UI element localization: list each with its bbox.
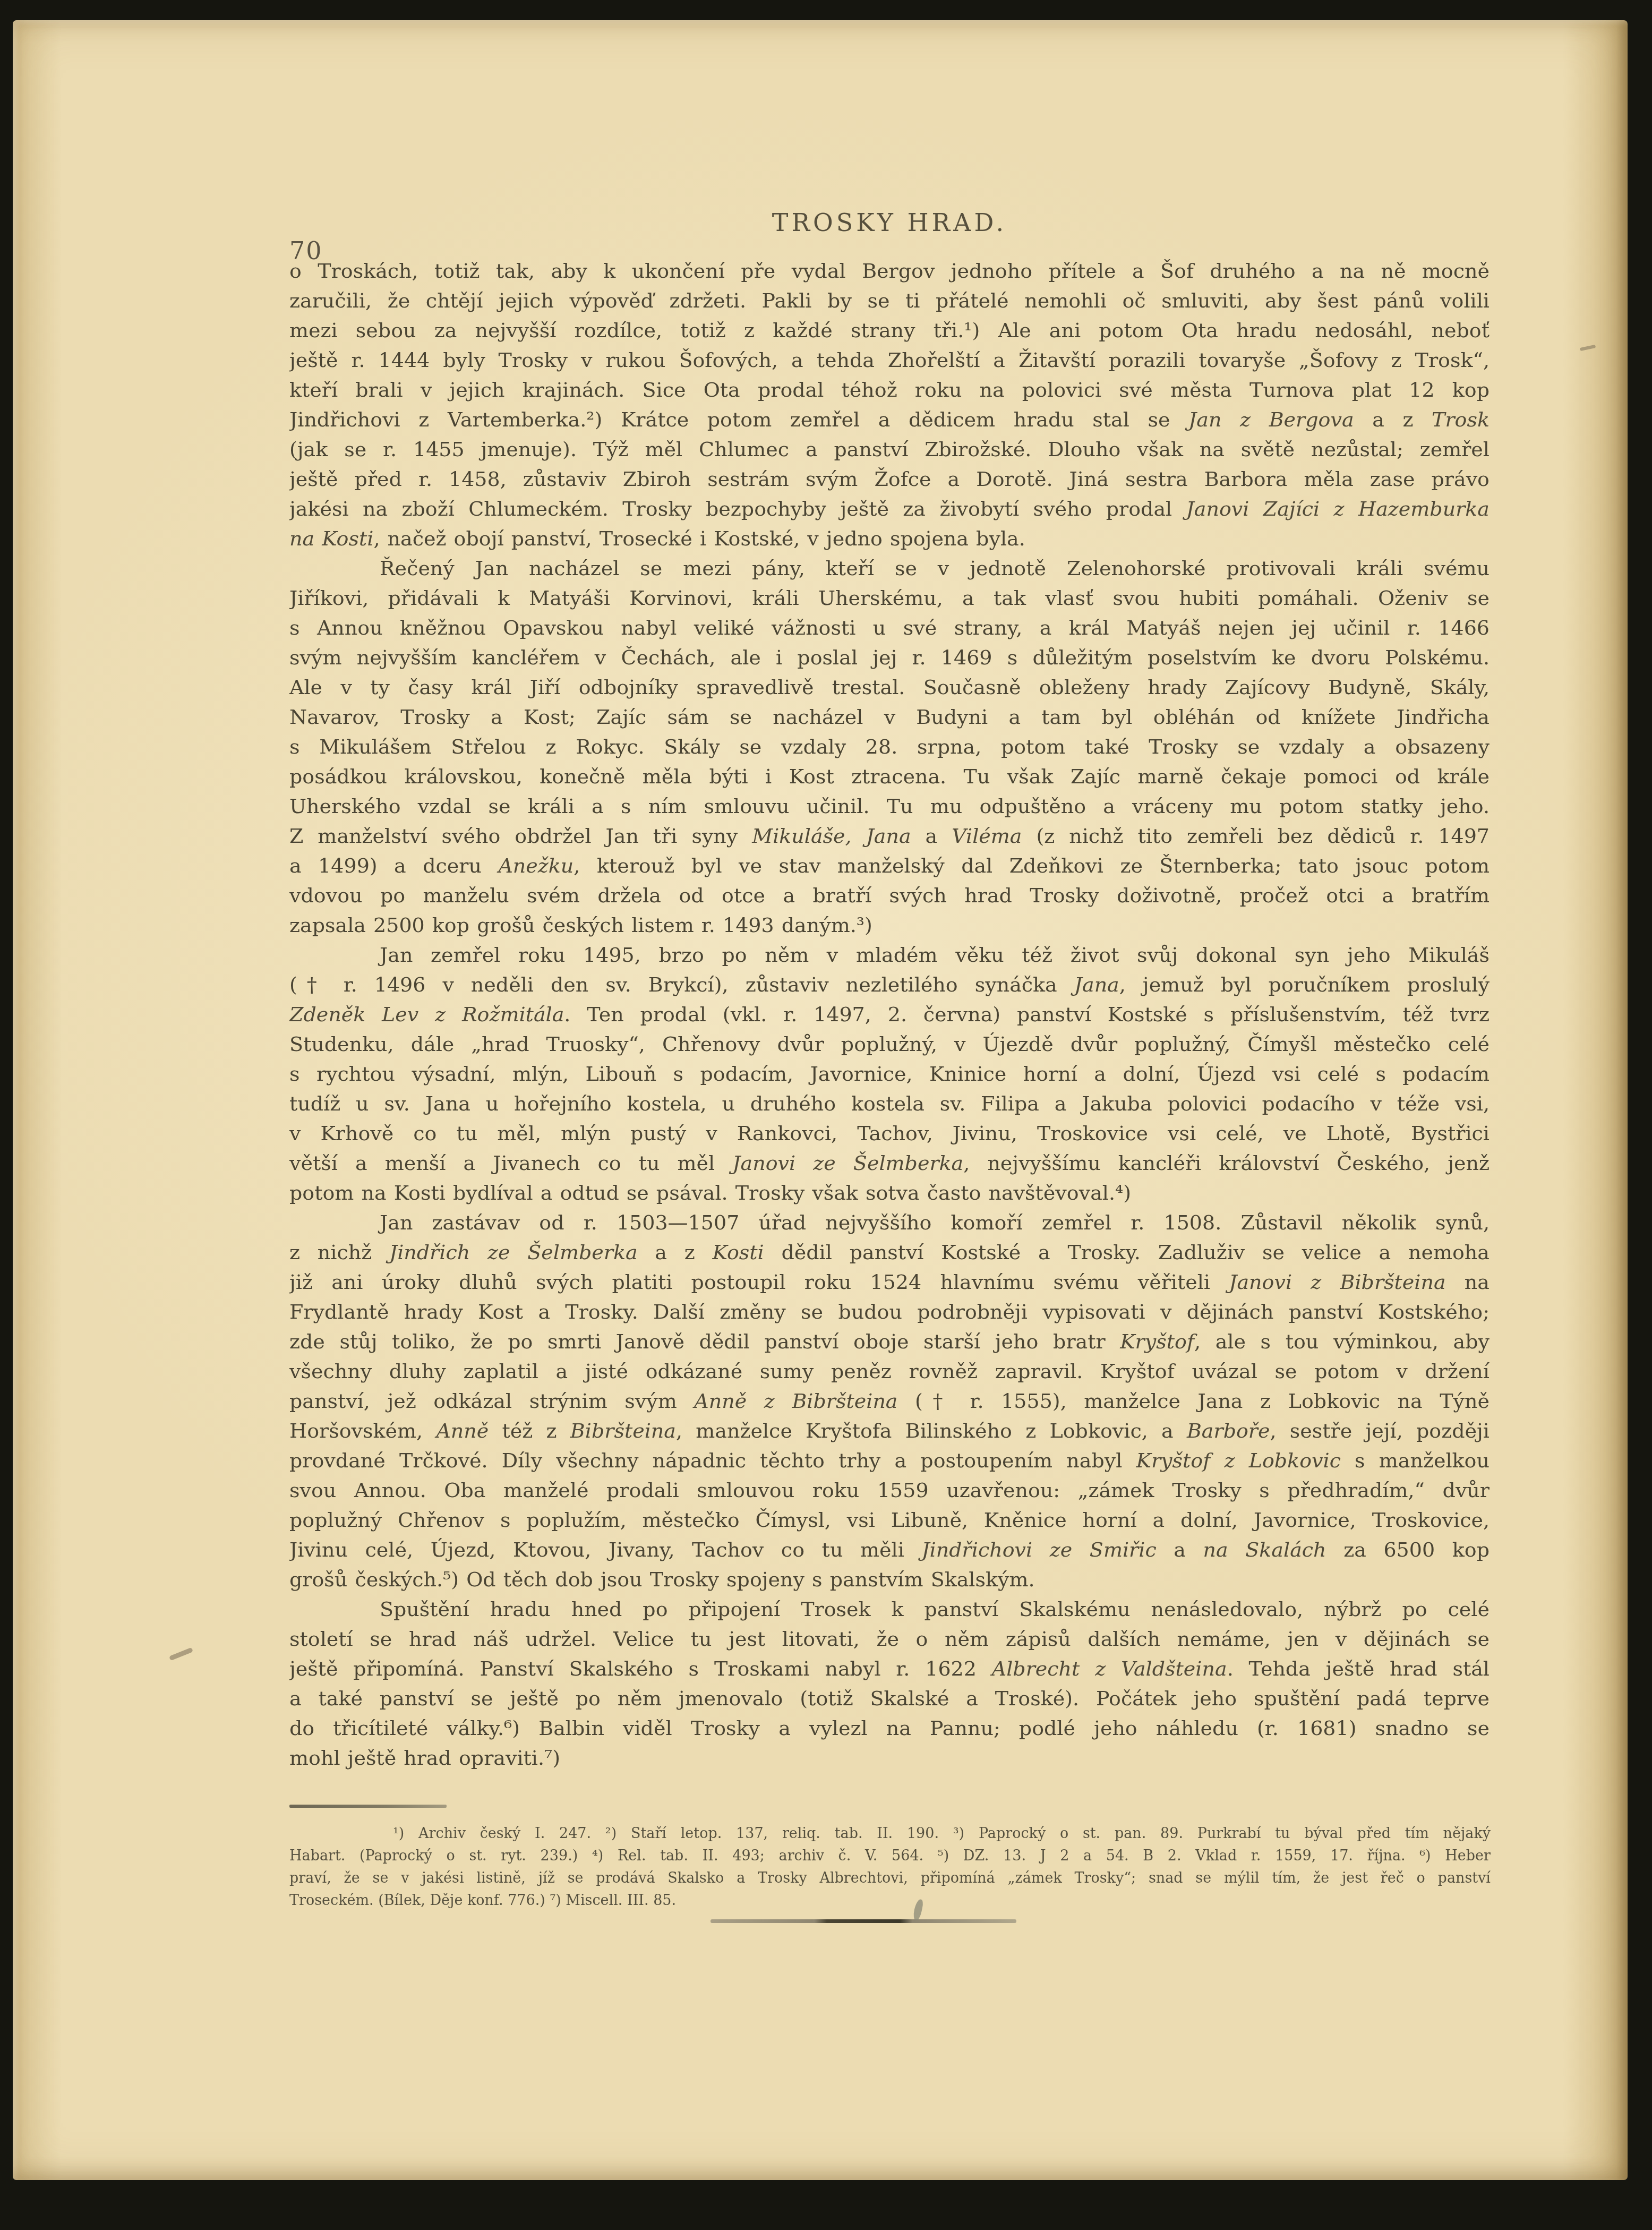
text-run: v Krhově co tu měl, mlýn pustý v Rankovc… [289,1122,1490,1145]
text-line: kteří brali v jejich krajinách. Sice Ota… [289,375,1490,405]
italic-text-run: Zdeněk Lev z Rožmitála [289,1003,564,1026]
text-run: mohl ještě hrad opraviti.⁷) [289,1746,560,1770]
text-run: též z [489,1419,570,1442]
italic-text-run: Anně z Bibršteina [694,1389,897,1413]
text-run: Jan zemřel roku 1495, brzo po něm v mlad… [380,943,1490,967]
text-run: na [1446,1270,1490,1294]
text-run: století se hrad náš udržel. Velice tu je… [289,1627,1490,1651]
text-line: zapsala 2500 kop grošů českých listem r.… [289,910,1490,940]
text-run: Ale v ty časy král Jiří odbojníky sprave… [289,676,1490,699]
text-line: mohl ještě hrad opraviti.⁷) [289,1743,1490,1773]
text-run: vdovou po manželu svém držela od otce a … [289,884,1490,907]
italic-text-run: Kryštof [1120,1330,1194,1353]
text-run: Jan zastávav od r. 1503—1507 úřad nejvyš… [380,1211,1490,1234]
text-run: (z nichž tito zemřeli bez dědiců r. 1497 [1022,824,1490,848]
text-line: vdovou po manželu svém držela od otce a … [289,881,1490,910]
text-line: Z manželství svého obdržel Jan tři syny … [289,821,1490,851]
text-run: posádkou královskou, konečně měla býti i… [289,765,1490,788]
text-line: provdané Trčkové. Díly všechny nápadnic … [289,1446,1490,1475]
text-line: Ale v ty časy král Jiří odbojníky sprave… [289,672,1490,702]
text-run: poplužný Chřenov s poplužím, městečko Čí… [289,1508,1490,1532]
text-line: s Annou kněžnou Opavskou nabyl veliké vá… [289,613,1490,643]
footnote-line: Troseckém. (Bílek, Děje konf. 776.) ⁷) M… [289,1890,1491,1912]
text-run: svým nejvyšším kancléřem v Čechách, ale … [289,646,1490,669]
text-run: († r. 1555), manželce Jana z Lobkovic na… [898,1389,1490,1413]
text-line: s rychtou výsadní, mlýn, Libouň s podací… [289,1059,1490,1089]
italic-text-run: Jindřich ze Šelmberka [389,1241,638,1264]
text-run: grošů českých.⁵) Od těch dob jsou Trosky… [289,1568,1035,1591]
text-line: všechny dluhy zaplatil a jisté odkázané … [289,1356,1490,1386]
text-run: Spuštění hradu hned po připojení Trosek … [380,1597,1490,1621]
text-run: , nejvyššímu kancléři království Českého… [963,1151,1490,1175]
text-line: zde stůj toliko, že po smrti Janově dědi… [289,1327,1490,1356]
text-run: , jemuž byl poručníkem proslulý [1119,973,1490,996]
italic-text-run: Jana [1074,973,1119,996]
text-run: Studenku, dále „hrad Truosky“, Chřenovy … [289,1032,1490,1056]
footnote-line: ¹) Archiv český I. 247. ²) Staří letop. … [289,1823,1491,1845]
italic-text-run: Viléma [952,824,1022,848]
text-line: ještě před r. 1458, zůstaviv Zbiroh sest… [289,464,1490,494]
text-run: z nichž [289,1241,389,1264]
text-line: mezi sebou za nejvyšší rozdílce, totiž z… [289,315,1490,345]
text-run: s rychtou výsadní, mlýn, Libouň s podací… [289,1062,1490,1086]
text-run: , ale s tou výminkou, aby [1194,1330,1490,1353]
text-run: zaručili, že chtějí jejich výpověď zdrže… [289,289,1490,312]
text-line: Jan zemřel roku 1495, brzo po něm v mlad… [289,940,1490,970]
italic-text-run: Janovi ze Šelmberka [732,1151,963,1175]
text-run: ještě připomíná. Panství Skalského s Tro… [289,1657,992,1680]
text-line: Jiříkovi, přidávali k Matyáši Korvinovi,… [289,583,1490,613]
text-run: již ani úroky dluhů svých platiti postou… [289,1270,1229,1294]
text-line: s Mikulášem Střelou z Rokyc. Skály se vz… [289,732,1490,762]
text-run: a 1499) a dceru [289,854,498,877]
text-line: (jak se r. 1455 jmenuje). Týž měl Chlume… [289,434,1490,464]
text-run: Troseckém. (Bílek, Děje konf. 776.) ⁷) M… [289,1892,676,1909]
text-run: provdané Trčkové. Díly všechny nápadnic … [289,1449,1136,1472]
text-line: ještě r. 1444 byly Trosky v rukou Šofový… [289,345,1490,375]
text-run: větší a menší a Jivanech co tu měl [289,1151,732,1175]
text-line: Jivinu celé, Újezd, Ktovou, Jivany, Tach… [289,1535,1490,1565]
text-run: ¹) Archiv český I. 247. ²) Staří letop. … [393,1825,1491,1842]
footnote-line: Habart. (Paprocký o st. ryt. 239.) ⁴) Re… [289,1845,1491,1867]
italic-text-run: Janovi z Bibršteina [1229,1270,1445,1294]
italic-text-run: Jan z Bergova [1188,408,1354,431]
text-line: Řečený Jan nacházel se mezi pány, kteří … [289,553,1490,583]
text-run: s Mikulášem Střelou z Rokyc. Skály se vz… [289,735,1490,758]
footnote-block: ¹) Archiv český I. 247. ²) Staří letop. … [289,1823,1491,1912]
text-run: mezi sebou za nejvyšší rozdílce, totiž z… [289,319,1490,342]
page-title: TROSKY HRAD. [289,208,1490,237]
text-run: panství, jež odkázal strýnim svým [289,1389,694,1413]
text-run: Z manželství svého obdržel Jan tři syny [289,824,752,848]
text-line: do třicítileté války.⁶) Balbin viděl Tro… [289,1713,1490,1743]
text-run: (jak se r. 1455 jmenuje). Týž měl Chlume… [289,438,1490,461]
text-line: Frydlantě hrady Kost a Trosky. Další změ… [289,1297,1490,1327]
italic-text-run: Anně [436,1419,489,1442]
text-line: století se hrad náš udržel. Velice tu je… [289,1624,1490,1654]
italic-text-run: Kosti [713,1241,764,1264]
text-run: do třicítileté války.⁶) Balbin viděl Tro… [289,1716,1490,1740]
text-run: a [911,824,952,848]
body-text: o Troskách, totiž tak, aby k ukončení př… [289,256,1490,1773]
text-line: ještě připomíná. Panství Skalského s Tro… [289,1654,1490,1684]
text-line: Zdeněk Lev z Rožmitála. Ten prodal (vkl.… [289,999,1490,1029]
text-line: Uherského vzdal se králi a s ním smlouvu… [289,791,1490,821]
text-run: tudíž u sv. Jana u hořejního kostela, u … [289,1092,1490,1115]
text-line: posádkou královskou, konečně měla býti i… [289,762,1490,791]
text-line: již ani úroky dluhů svých platiti postou… [289,1267,1490,1297]
italic-text-run: na Kosti [289,527,373,550]
text-run: Jivinu celé, Újezd, Ktovou, Jivany, Tach… [289,1538,921,1561]
text-run: . Ten prodal (vkl. r. 1497, 2. června) p… [564,1003,1490,1026]
text-run: Uherského vzdal se králi a s ním smlouvu… [289,794,1490,818]
text-run: kteří brali v jejich krajinách. Sice Ota… [289,378,1490,401]
footnote-line: praví, že se v jakési listině, jíž se pr… [289,1867,1491,1890]
text-line: Spuštění hradu hned po připojení Trosek … [289,1594,1490,1624]
footnote-separator [289,1805,447,1808]
italic-text-run: Bibršteina [570,1419,676,1442]
text-run: a [1157,1538,1203,1561]
text-line: a 1499) a dceru Anežku, kterouž byl ve s… [289,851,1490,881]
text-line: z nichž Jindřich ze Šelmberka a z Kosti … [289,1237,1490,1267]
text-run: o Troskách, totiž tak, aby k ukončení př… [289,259,1490,283]
text-run: Jindřichovi z Vartemberka.²) Krátce poto… [289,408,1188,431]
text-run: a z [638,1241,713,1264]
text-run: potom na Kosti bydlíval a odtud se psáva… [289,1181,1131,1204]
text-run: ještě r. 1444 byly Trosky v rukou Šofový… [289,348,1490,372]
text-run: jakési na zboží Chlumeckém. Trosky bezpo… [289,497,1186,520]
text-line: jakési na zboží Chlumeckém. Trosky bezpo… [289,494,1490,524]
text-line: Navarov, Trosky a Kost; Zajíc sám se nac… [289,702,1490,732]
text-run: Frydlantě hrady Kost a Trosky. Další změ… [289,1300,1490,1323]
text-run: svou Annou. Oba manželé prodali smlouvou… [289,1479,1490,1502]
text-run: s Annou kněžnou Opavskou nabyl veliké vá… [289,616,1490,639]
scanned-book-page: { "page": { "number": "70", "title": "TR… [0,0,1652,2230]
text-run: dědil panství Kostské a Trosky. Zadluživ… [764,1241,1490,1264]
text-line: potom na Kosti bydlíval a odtud se psáva… [289,1178,1490,1208]
text-run: za 6500 kop [1326,1538,1490,1561]
italic-text-run: Mikuláše, Jana [752,824,911,848]
text-run: († r. 1496 v neděli den sv. Brykcí), zůs… [289,973,1074,996]
text-run: , sestře její, později [1270,1419,1490,1442]
italic-text-run: Kryštof z Lobkovic [1136,1449,1341,1472]
text-line: Horšovském, Anně též z Bibršteina, manže… [289,1416,1490,1446]
text-run: . Tehda ještě hrad stál [1227,1657,1490,1680]
italic-text-run: Barboře [1187,1419,1270,1442]
text-run: Horšovském, [289,1419,436,1442]
text-line: v Krhově co tu měl, mlýn pustý v Rankovc… [289,1118,1490,1148]
bottom-ornament-rule [711,1919,1016,1923]
text-line: panství, jež odkázal strýnim svým Anně z… [289,1386,1490,1416]
text-line: Studenku, dále „hrad Truosky“, Chřenovy … [289,1029,1490,1059]
text-line: poplužný Chřenov s poplužím, městečko Čí… [289,1505,1490,1535]
text-run: , kterouž byl ve stav manželský dal Zdeň… [574,854,1490,877]
text-run: , načež obojí panství, Trosecké i Kostsk… [373,527,1025,550]
text-run: Navarov, Trosky a Kost; Zajíc sám se nac… [289,705,1490,729]
italic-text-run: Jindřichovi ze Smiřic [921,1538,1156,1561]
text-run: s manželkou [1341,1449,1490,1472]
text-line: o Troskách, totiž tak, aby k ukončení př… [289,256,1490,286]
text-run: , manželce Kryštofa Bilinského z Lobkovi… [676,1419,1187,1442]
text-line: Jan zastávav od r. 1503—1507 úřad nejvyš… [289,1208,1490,1237]
text-line: na Kosti, načež obojí panství, Trosecké … [289,524,1490,553]
text-run: zde stůj toliko, že po smrti Janově dědi… [289,1330,1120,1353]
text-run: Habart. (Paprocký o st. ryt. 239.) ⁴) Re… [289,1848,1491,1864]
text-run: a také panství se ještě po něm jmenovalo… [289,1687,1490,1710]
text-line: zaručili, že chtějí jejich výpověď zdrže… [289,286,1490,315]
text-run: ještě před r. 1458, zůstaviv Zbiroh sest… [289,467,1490,491]
text-line: Jindřichovi z Vartemberka.²) Krátce poto… [289,405,1490,434]
text-line: a také panství se ještě po něm jmenovalo… [289,1684,1490,1713]
text-run: Řečený Jan nacházel se mezi pány, kteří … [380,557,1490,580]
text-run: všechny dluhy zaplatil a jisté odkázané … [289,1360,1490,1383]
text-line: grošů českých.⁵) Od těch dob jsou Trosky… [289,1565,1490,1594]
text-line: větší a menší a Jivanech co tu měl Janov… [289,1148,1490,1178]
text-run: praví, že se v jakési listině, jíž se pr… [289,1870,1491,1886]
text-line: († r. 1496 v neděli den sv. Brykcí), zůs… [289,970,1490,999]
text-line: tudíž u sv. Jana u hořejního kostela, u … [289,1089,1490,1118]
text-line: svou Annou. Oba manželé prodali smlouvou… [289,1475,1490,1505]
italic-text-run: Anežku [498,854,574,877]
italic-text-run: Albrecht z Valdšteina [992,1657,1227,1680]
text-run: zapsala 2500 kop grošů českých listem r.… [289,913,872,937]
italic-text-run: Trosk [1432,408,1490,431]
text-run: Jiříkovi, přidávali k Matyáši Korvinovi,… [289,586,1490,610]
text-run: a z [1354,408,1432,431]
italic-text-run: Janovi Zajíci z Hazemburka [1186,497,1490,520]
italic-text-run: na Skalách [1203,1538,1326,1561]
text-line: svým nejvyšším kancléřem v Čechách, ale … [289,643,1490,672]
